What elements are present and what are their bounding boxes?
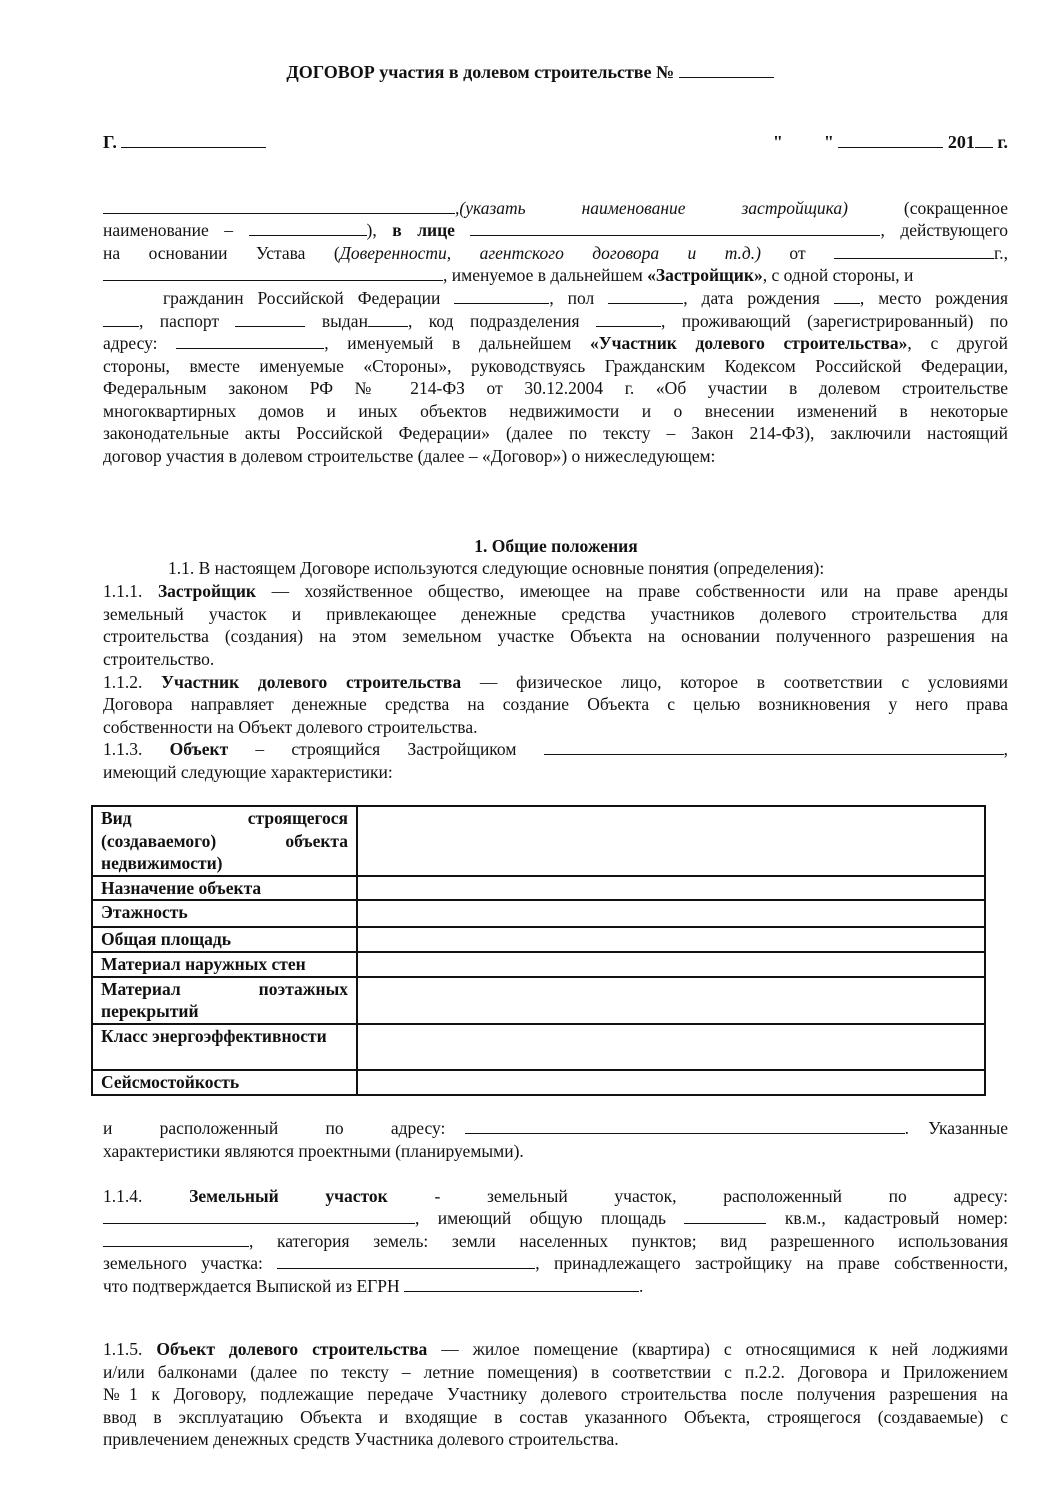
term: Объект (170, 739, 229, 759)
text: гражданин Российской Федерации (163, 288, 440, 308)
text: г., (994, 243, 1008, 263)
text: Доверенности, агентского договора и т.д.… (340, 243, 761, 263)
text: на основании Устава ( (103, 243, 340, 263)
object-address-blank[interactable] (465, 1118, 905, 1134)
land-area-blank[interactable] (684, 1208, 766, 1224)
clause-number: 1.1.4. (103, 1186, 142, 1206)
clause-1-1-1-line-4: строительство. (103, 648, 1008, 671)
text: адресу: (103, 333, 158, 353)
issued-by-blank[interactable] (368, 311, 408, 327)
text: , дата рождения (683, 288, 820, 308)
characteristic-label: Назначение объекта (92, 876, 357, 901)
text: — физическое лицо, которое в соответстви… (480, 672, 1008, 692)
term: Земельный участок (189, 1186, 388, 1206)
characteristic-value[interactable] (357, 1070, 985, 1095)
characteristic-value[interactable] (357, 977, 985, 1024)
characteristic-label: Материал поэтажных перекрытий (92, 977, 357, 1024)
preamble-line-5: гражданин Российской Федерации , пол , д… (163, 287, 1008, 310)
characteristic-value[interactable] (357, 952, 985, 977)
developer-term: «Застройщик» (647, 265, 763, 285)
table-row: Назначение объекта (92, 876, 985, 901)
text: что подтверждается Выпиской из ЕГРН (103, 1276, 400, 1296)
term: Участник долевого строительства (161, 672, 461, 692)
text: , проживающий (зарегистрированный) по (661, 311, 1008, 331)
text: – строящийся Застройщиком (255, 739, 516, 759)
clause-1-1-2-line-3: собственности на Объект долевого строите… (103, 716, 1008, 739)
table-row: Сейсмостойкость (92, 1070, 985, 1095)
text: , принадлежащего застройщику на праве со… (535, 1253, 1008, 1273)
birth-place-blank[interactable] (103, 311, 139, 327)
table-row: Общая площадь (92, 927, 985, 952)
clause-1-1-1-line-1: 1.1.1. Застройщик — хозяйственное общест… (103, 580, 1008, 603)
text: . Указанные (905, 1118, 1008, 1138)
clause-1-1-1-line-3: строительства (создания) на этом земельн… (103, 625, 1008, 648)
clause-number: 1.1.3. (103, 739, 142, 759)
clause-1-1-5-line-3: №1 к Договору, подлежащие передаче Участ… (103, 1383, 1008, 1406)
land-address-blank[interactable] (103, 1208, 415, 1224)
clause-1-1-5-line-2: и/или балконами (далее по тексту – летни… (103, 1361, 1008, 1384)
division-code-blank[interactable] (596, 311, 661, 327)
table-row: Класс энергоэффективности (92, 1024, 985, 1070)
characteristic-value[interactable] (357, 927, 985, 952)
city-field: Г. (103, 130, 266, 154)
table-row: Этажность (92, 900, 985, 927)
characteristic-label: Класс энергоэффективности (92, 1024, 357, 1070)
preamble-line-6: , паспорт выдан, код подразделения , про… (103, 310, 1008, 333)
table-row: Материал наружных стен (92, 952, 985, 977)
preamble-line-10: многоквартирных домов и иных объектов не… (103, 400, 1008, 423)
clause-1-1-3-line-2: имеющий следующие характеристики: (103, 761, 1008, 784)
preamble-line-4: , именуемое в дальнейшем «Застройщик», с… (103, 264, 1008, 287)
characteristic-label: Вид строящегося (создаваемого) объекта н… (92, 806, 357, 876)
clause-1-1-4-line-3: , категория земель: земли населенных пун… (103, 1230, 1008, 1253)
clause-1-1-3-line-1: 1.1.3. Объект – строящийся Застройщиком … (103, 738, 1008, 761)
clause-1-1-1-line-2: земельный участок и привлекающее денежны… (103, 603, 1008, 626)
clause-1-1-5-line-1: 1.1.5. Объект долевого строительства — ж… (103, 1338, 1008, 1361)
text: , пол (549, 288, 594, 308)
clause-1-1-2-line-1: 1.1.2. Участник долевого строительства —… (103, 671, 1008, 694)
text: , категория земель: земли населенных пун… (249, 1231, 1008, 1251)
year-suffix: г. (997, 132, 1008, 152)
year-blank[interactable] (975, 132, 993, 148)
text: , имеющий общую площадь (415, 1208, 666, 1228)
text: , именуемое в дальнейшем (443, 265, 643, 285)
passport-blank[interactable] (235, 311, 305, 327)
preamble-line-2: наименование – ), в лице , действующего (103, 219, 1008, 242)
preamble-line-3: на основании Устава (Доверенности, агент… (103, 242, 1008, 265)
clause-1-1-4-line-2: , имеющий общую площадь кв.м., кадастров… (103, 1207, 1008, 1230)
developer-name-blank[interactable] (103, 198, 455, 214)
clause-1-1: 1.1. В настоящем Договоре используются с… (168, 557, 1060, 580)
section-title: 1. Общие положения (0, 535, 1060, 558)
characteristic-value[interactable] (357, 900, 985, 927)
short-name-blank[interactable] (249, 220, 367, 236)
text: — хозяйственное общество, имеющее на пра… (272, 581, 1008, 601)
text: земельного участка: (103, 1253, 263, 1273)
clause-1-1-4-line-5: что подтверждается Выпиской из ЕГРН . (103, 1275, 1008, 1298)
sex-blank[interactable] (608, 288, 683, 304)
day-quote-open: " (773, 132, 783, 152)
table-row: Вид строящегося (создаваемого) объекта н… (92, 806, 985, 876)
text: и расположенный по адресу: (103, 1118, 445, 1138)
characteristic-label: Этажность (92, 900, 357, 927)
clause-number: 1.1.1. (103, 581, 142, 601)
characteristic-label: Общая площадь (92, 927, 357, 952)
land-use-blank[interactable] (277, 1253, 535, 1269)
text: ), (367, 220, 377, 240)
term: Застройщик (158, 581, 256, 601)
text: от (789, 243, 805, 263)
document-title: ДОГОВОР участия в долевом строительстве … (0, 60, 1060, 84)
text: , именуемый в дальнейшем (324, 333, 571, 353)
text: , действующего (880, 220, 1008, 240)
preamble-line-7: адресу: , именуемый в дальнейшем «Участн… (103, 332, 1008, 355)
text: кв.м., кадастровый номер: (785, 1208, 1008, 1228)
city-blank[interactable] (121, 132, 266, 148)
document-page: ДОГОВОР участия в долевом строительстве … (0, 0, 1060, 1500)
text: . (639, 1276, 643, 1296)
characteristic-value[interactable] (357, 1024, 985, 1070)
preamble-line-12: договор участия в долевом строительстве … (103, 445, 1008, 468)
text: , место рождения (860, 288, 1008, 308)
day-quote-close: " (824, 132, 834, 152)
contract-number-blank[interactable] (679, 62, 774, 78)
text: выдан (322, 311, 368, 331)
term: Объект долевого строительства (156, 1339, 427, 1359)
text: , с одной стороны, и (763, 265, 914, 285)
characteristic-label: Материал наружных стен (92, 952, 357, 977)
title-text: ДОГОВОР участия в долевом строительстве … (286, 62, 674, 82)
object-blank[interactable] (544, 739, 1004, 755)
city-label: Г. (103, 132, 117, 152)
year-prefix: 201 (948, 132, 975, 152)
participant-term: «Участник долевого строительства» (590, 333, 907, 353)
object-address-line-1: и расположенный по адресу: . Указанные (103, 1117, 1008, 1140)
basis-blank[interactable] (103, 265, 443, 281)
text: - земельный участок, расположенный по ад… (434, 1186, 1008, 1206)
object-address-line-2: характеристики являются проектными (план… (103, 1140, 1008, 1163)
text: , с другой (907, 333, 1008, 353)
clause-1-1-5-line-4: ввод в эксплуатацию Объекта и входящие в… (103, 1406, 1008, 1429)
month-blank[interactable] (838, 132, 943, 148)
text: наименование – (103, 220, 233, 240)
birth-date-blank[interactable] (834, 288, 860, 304)
text: , паспорт (139, 311, 219, 331)
table-row: Материал поэтажных перекрытий (92, 977, 985, 1024)
clause-1-1-5-line-5: привлечением денежных средств Участника … (103, 1428, 1008, 1451)
preamble-line-1: ,(указать наименование застройщика) (сок… (103, 197, 1008, 220)
clause-1-1-4-line-4: земельного участка: , принадлежащего зас… (103, 1252, 1008, 1275)
text: , (1004, 739, 1008, 759)
text: — жилое помещение (квартира) с относящим… (441, 1339, 1008, 1359)
clause-1-1-2-line-2: Договора направляет денежные средства на… (103, 693, 1008, 716)
preamble-line-8: стороны, вместе именуемые «Стороны», рук… (103, 355, 1008, 378)
characteristic-value[interactable] (357, 876, 985, 901)
date-field: " " 201 г. (773, 130, 1008, 154)
preamble-line-9: Федеральным законом РФ № 214-ФЗ от 30.12… (103, 377, 1008, 400)
developer-hint: ,(указать наименование застройщика) (455, 198, 848, 218)
preamble-line-11: законодательные акты Российской Федераци… (103, 422, 1008, 445)
representative-blank[interactable] (470, 220, 880, 236)
clause-number: 1.1.5. (103, 1339, 142, 1359)
object-characteristics-table: Вид строящегося (создаваемого) объекта н… (91, 805, 986, 1096)
cadastral-number-blank[interactable] (103, 1231, 249, 1247)
characteristic-value[interactable] (357, 806, 985, 876)
clause-1-1-4-line-1: 1.1.4. Земельный участок - земельный уча… (103, 1185, 1008, 1208)
citizen-name-blank[interactable] (454, 288, 549, 304)
clause-number: 1.1.2. (103, 672, 142, 692)
text: (сокращенное (904, 198, 1008, 218)
address-blank[interactable] (176, 333, 324, 349)
egrn-blank[interactable] (404, 1276, 639, 1292)
text: , код подразделения (408, 311, 580, 331)
basis-date-blank[interactable] (834, 243, 994, 259)
characteristic-label: Сейсмостойкость (92, 1070, 357, 1095)
text: в лице (392, 220, 455, 240)
